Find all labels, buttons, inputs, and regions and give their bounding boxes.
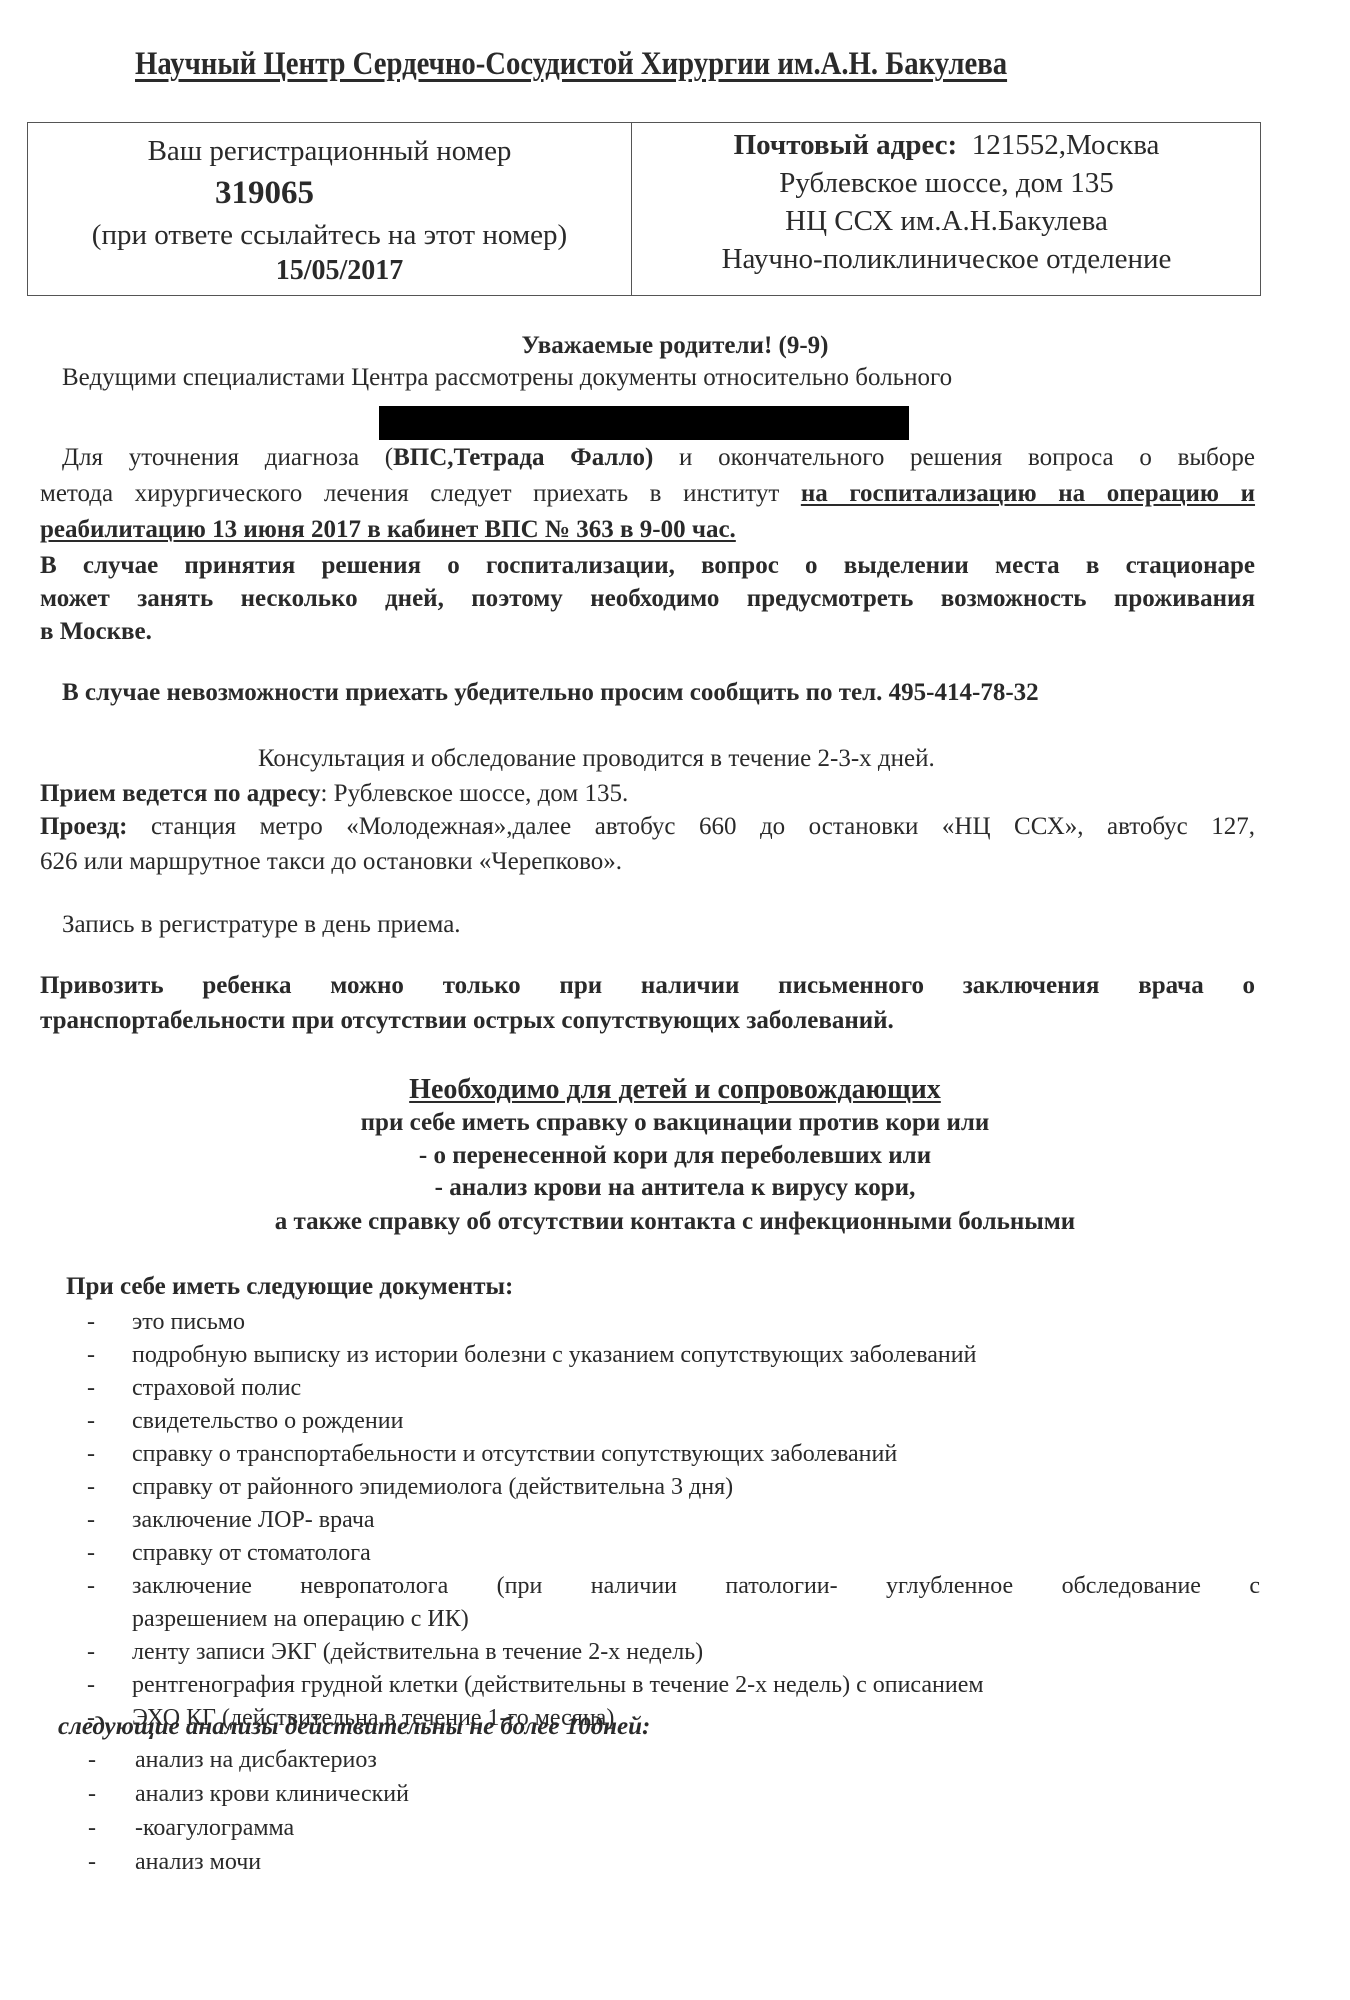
hospitalization-note-line-1: В случае принятия решения о госпитализац… (40, 552, 1255, 580)
registration-label: Ваш регистрационный номер (28, 137, 631, 166)
address-line-4: Научно-поликлиническое отделение (633, 245, 1260, 274)
list-bullet: - (87, 1573, 95, 1600)
diagnosis-line-1: Для уточнения диагноза (ВПС,Тетрада Фалл… (62, 444, 1255, 472)
document-item: это письмо (132, 1309, 245, 1336)
list-bullet: - (87, 1309, 95, 1336)
travel-line-1: Проезд: станция метро «Молодежная»,далее… (40, 813, 1255, 841)
list-bullet: - (87, 1441, 95, 1468)
analysis-item: анализ крови клинический (135, 1781, 409, 1808)
box-divider (631, 123, 632, 295)
documents-heading: При себе иметь следующие документы: (66, 1273, 513, 1301)
hospitalization-note-line-2: может занять несколько дней, поэтому нео… (40, 585, 1255, 613)
reception-address: Прием ведется по адресу: Рублевское шосс… (40, 780, 628, 808)
transport-warning-line-1: Привозить ребенка можно только при налич… (40, 972, 1255, 1000)
travel-line-2: 626 или маршрутное такси до остановки «Ч… (40, 848, 622, 876)
diagnosis-name: ВПС,Тетрада Фалло) (393, 444, 653, 471)
document-item: заключение невропатолога (при наличии па… (132, 1573, 1260, 1600)
document-item: свидетельство о рождении (132, 1408, 403, 1435)
analyses-heading: следующие анализы действительны не более… (58, 1713, 650, 1741)
intro-text: Ведущими специалистами Центра рассмотрен… (62, 364, 952, 392)
analysis-item: анализ на дисбактериоз (135, 1747, 377, 1774)
measles-line-2: - о перенесенной кори для переболевших и… (0, 1142, 1350, 1170)
address-line-1: Почтовый адрес: 121552,Москва (633, 131, 1260, 160)
list-bullet: - (87, 1375, 95, 1402)
measles-line-3: - анализ крови на антитела к вирусу кори… (0, 1174, 1350, 1202)
registration-number: 319065 (28, 177, 631, 210)
list-bullet: - (87, 1540, 95, 1567)
registration-note: Запись в регистратуре в день приема. (62, 911, 461, 939)
document-title: Научный Центр Сердечно-Сосудистой Хирург… (135, 46, 1137, 83)
document-item: справку о транспортабельности и отсутств… (132, 1441, 897, 1468)
document-item: лентy записи ЭКГ (действительна в течени… (132, 1639, 703, 1666)
registration-note: (при ответе ссылайтесь на этот номер) (28, 221, 631, 250)
hospitalization-purpose: на госпитализацию на операцию и (801, 480, 1255, 507)
measles-line-4: а также справку об отсутствии контакта с… (0, 1208, 1350, 1236)
address-line-2: Рублевское шоссе, дом 135 (633, 169, 1260, 198)
travel-label: Проезд: (40, 813, 128, 840)
measles-heading: Необходимо для детей и сопровождающих (0, 1074, 1350, 1106)
list-bullet: - (88, 1747, 96, 1774)
greeting: Уважаемые родители! (9-9) (0, 332, 1350, 360)
measles-line-1: при себе иметь справку о вакцинации прот… (0, 1109, 1350, 1137)
registration-date: 15/05/2017 (28, 257, 631, 285)
registration-box: Ваш регистрационный номер 319065 (при от… (27, 122, 1261, 296)
list-bullet: - (87, 1639, 95, 1666)
analysis-item: анализ мочи (135, 1849, 261, 1876)
address-label: Почтовый адрес: (734, 129, 958, 161)
document-item: страховой полис (132, 1375, 301, 1402)
list-bullet: - (87, 1507, 95, 1534)
diagnosis-line-2: метода хирургического лечения следует пр… (40, 480, 1255, 508)
redacted-patient-name (379, 406, 909, 440)
analysis-item: -коагулограмма (135, 1815, 294, 1842)
document-item: справку от стоматолога (132, 1540, 371, 1567)
list-bullet: - (88, 1781, 96, 1808)
document-item: заключение ЛОР- врача (132, 1507, 375, 1534)
transport-warning-line-2: транспортабельности при отсутствии остры… (40, 1007, 894, 1035)
list-bullet: - (88, 1815, 96, 1842)
address-cell: Почтовый адрес: 121552,Москва Рублевское… (633, 123, 1260, 295)
document-item: справку от районного эпидемиолога (дейст… (132, 1474, 733, 1501)
consultation-note: Консультация и обследование проводится в… (258, 745, 935, 773)
contact-note: В случае невозможности приехать убедител… (62, 679, 1039, 707)
address-city: 121552,Москва (972, 129, 1160, 161)
list-bullet: - (87, 1342, 95, 1369)
appointment-details: реабилитацию 13 июня 2017 в кабинет ВПС … (40, 516, 736, 544)
address-line-3: НЦ ССХ им.А.Н.Бакулева (633, 207, 1260, 236)
reception-label: Прием ведется по адресу (40, 780, 320, 807)
list-bullet: - (87, 1474, 95, 1501)
list-bullet: - (88, 1849, 96, 1876)
list-bullet: - (87, 1672, 95, 1699)
registration-cell: Ваш регистрационный номер 319065 (при от… (28, 123, 631, 295)
document-item: подробную выписку из истории болезни с у… (132, 1342, 976, 1369)
document-item-continuation: разрешением на операцию с ИК) (132, 1606, 469, 1633)
hospitalization-note-line-3: в Москве. (40, 618, 152, 646)
document-item: рентгенография грудной клетки (действите… (132, 1672, 984, 1699)
list-bullet: - (87, 1408, 95, 1435)
